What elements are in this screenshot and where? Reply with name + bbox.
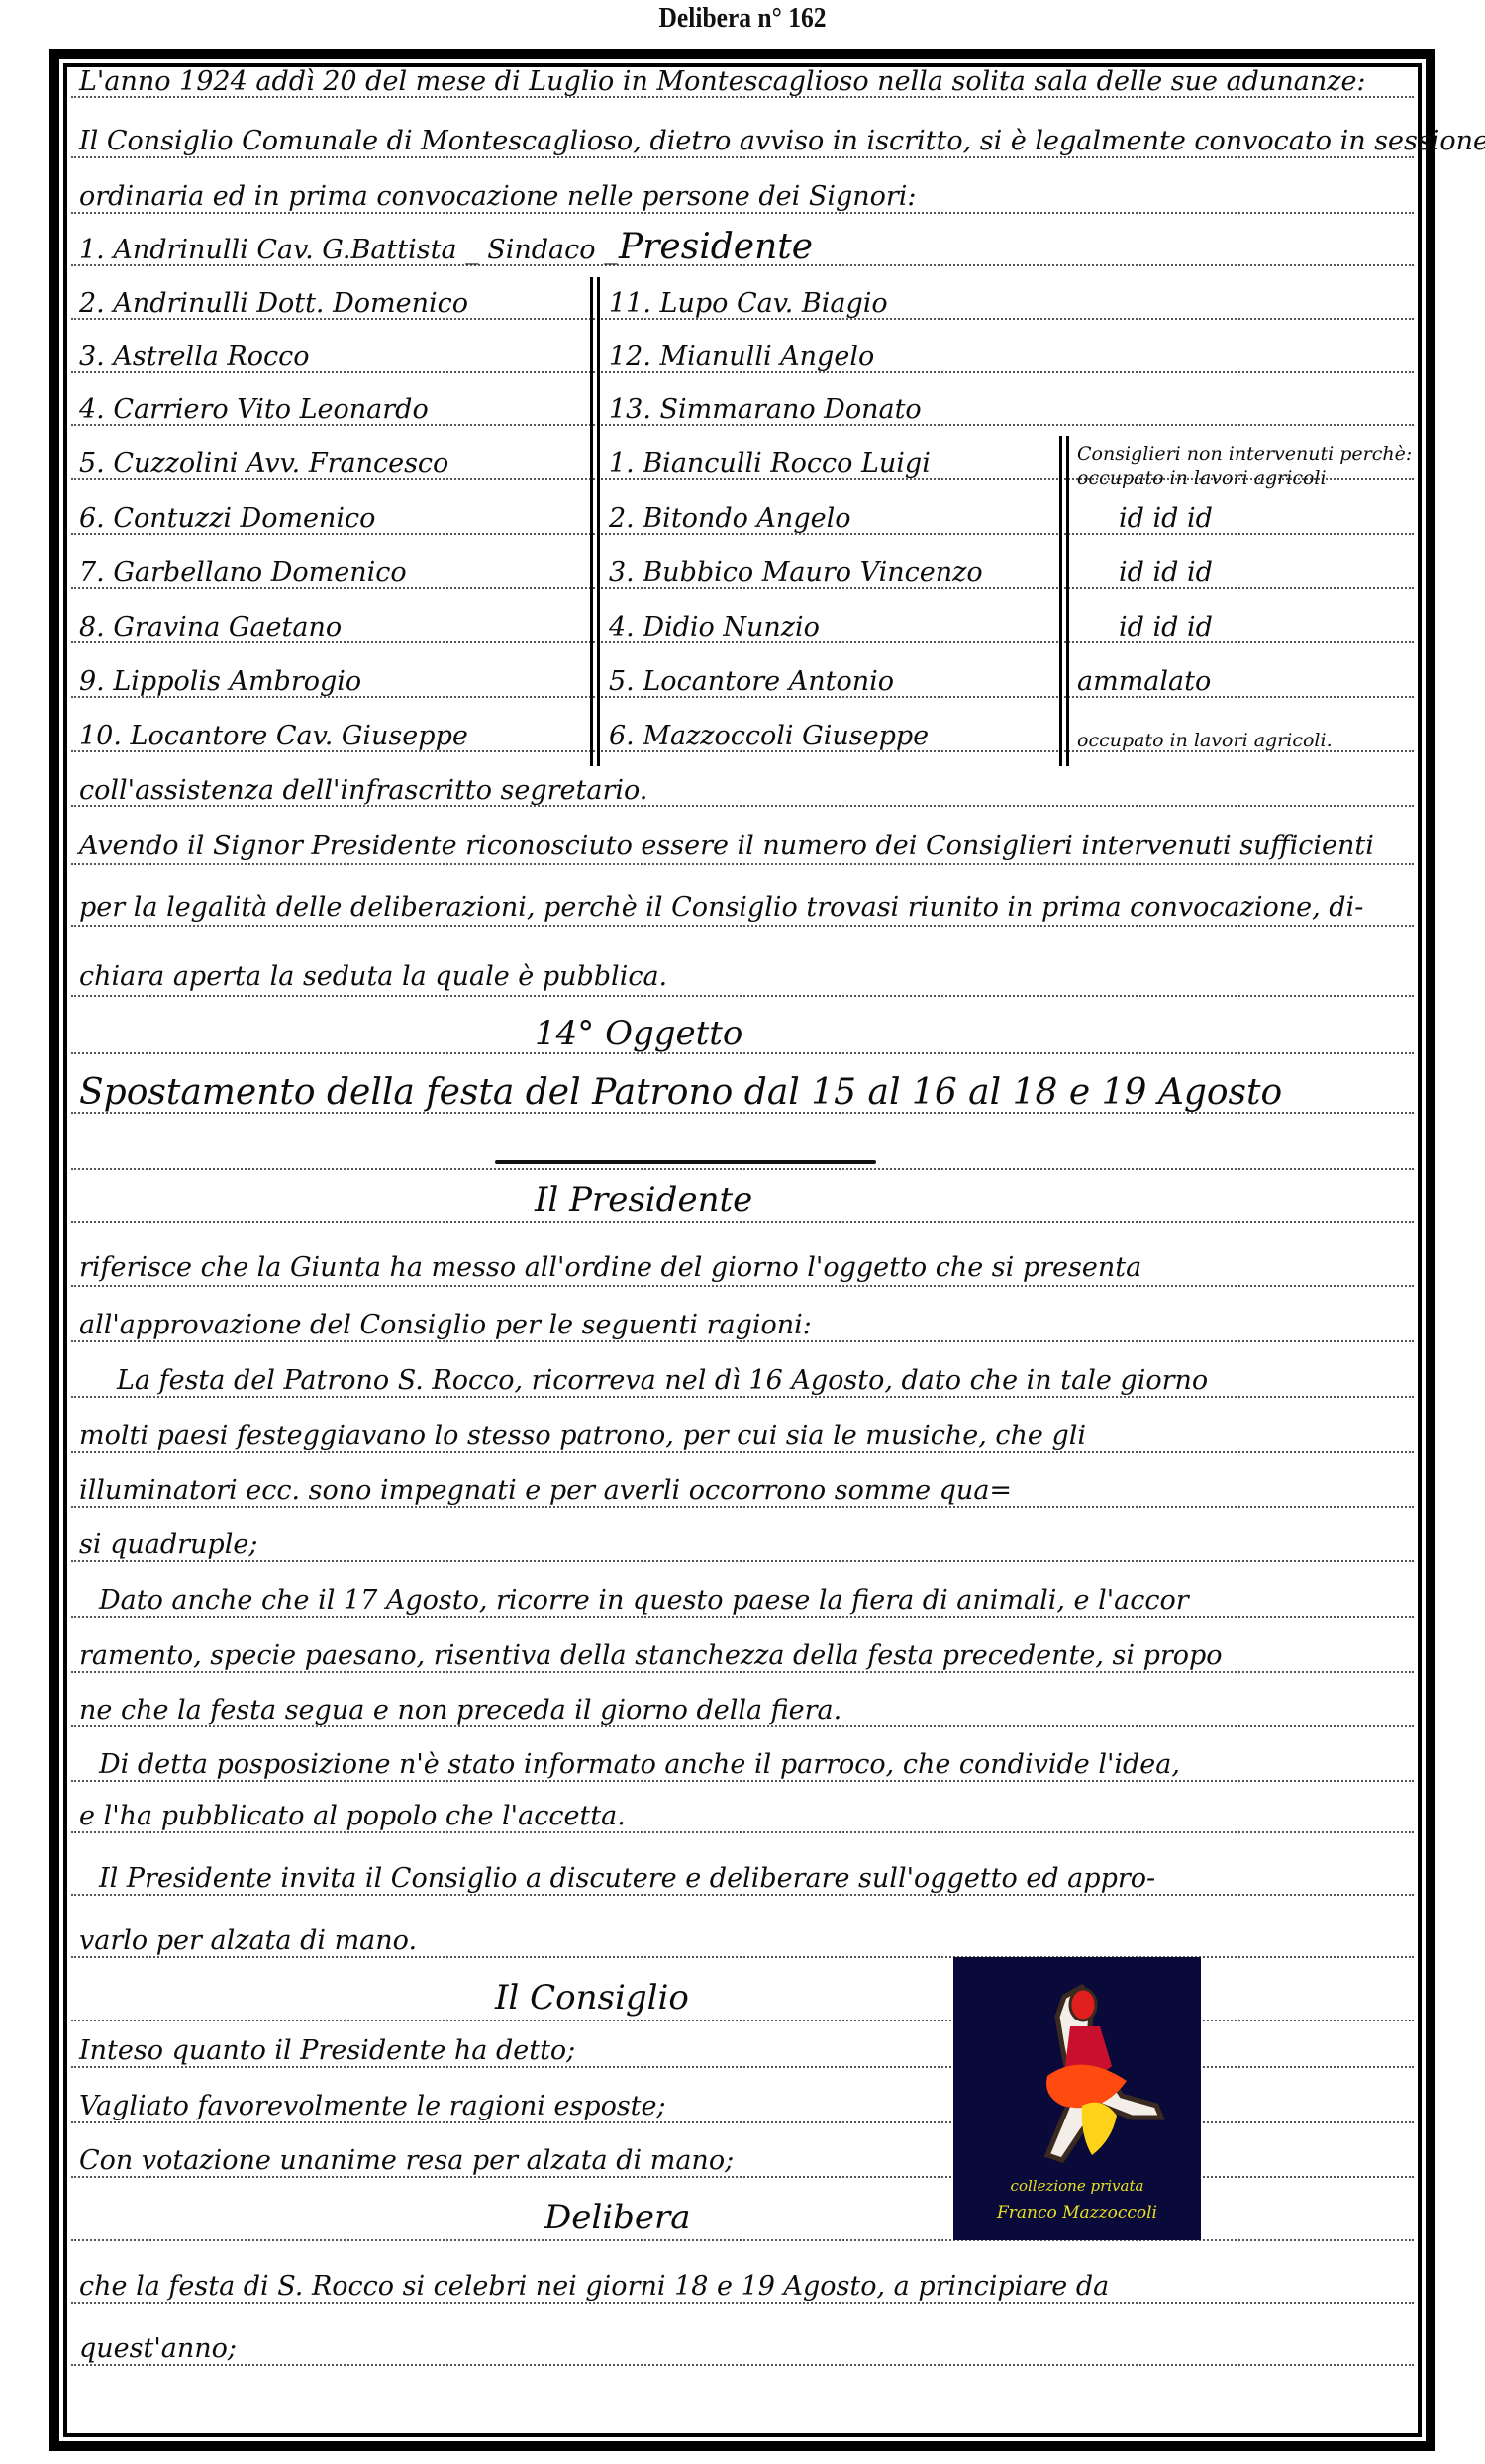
header-line-1: L'anno 1924 addì 20 del mese di Luglio i… (79, 67, 1366, 97)
ruled-line (71, 1506, 1414, 1508)
ruled-line (71, 1221, 1414, 1223)
absent-reason: id id id (1119, 504, 1213, 534)
delibera-text-line: quest'anno; (79, 2334, 237, 2364)
president-entry: 1. Andrinulli Cav. G.Battista _ Sindaco … (79, 236, 618, 265)
absent-member-row: 3. Bubbico Mauro Vincenzo (609, 558, 983, 588)
absent-member-row: 5. Locantore Antonio (609, 667, 894, 697)
absent-reason: id id id (1119, 558, 1213, 588)
president-text-line: all'approvazione del Consiglio per le se… (79, 1311, 812, 1340)
absent-member-row: 2. Bitondo Angelo (609, 504, 850, 534)
member-row: 4. Carriero Vito Leonardo (79, 395, 429, 425)
member-row: 5. Cuzzolini Avv. Francesco (79, 449, 448, 479)
ruled-line (71, 1956, 1414, 1958)
absent-reason: occupato in lavori agricoli. (1077, 730, 1333, 751)
absent-reason: id id id (1119, 613, 1213, 642)
ruled-line (71, 1831, 1414, 1833)
delibera-text-line: che la festa di S. Rocco si celebri nei … (79, 2272, 1109, 2302)
column-divider (1059, 436, 1062, 766)
president-text-line: Di detta posposizione n'è stato informat… (99, 1750, 1180, 1780)
object-number: 14° Oggetto (535, 1014, 742, 1053)
president-text-line: Dato anche che il 17 Agosto, ricorre in … (99, 1586, 1189, 1616)
president-text-line: e l'ha pubblicato al popolo che l'accett… (79, 1802, 626, 1831)
watermark-line-2: Franco Mazzoccoli (953, 2203, 1201, 2222)
member-row: 10. Locantore Cav. Giuseppe (79, 722, 468, 751)
member-row: 8. Gravina Gaetano (79, 613, 342, 642)
president-text-line: illuminatori ecc. sono impegnati e per a… (79, 1476, 1012, 1506)
header-line-2: Il Consiglio Comunale di Montescaglioso,… (79, 127, 1485, 156)
ruled-line (71, 1725, 1414, 1727)
ruled-line (71, 2302, 1414, 2304)
member-row: 11. Lupo Cav. Biagio (609, 289, 888, 319)
secretary-line: coll'assistenza dell'infrascritto segret… (79, 776, 647, 806)
column-divider (590, 277, 593, 766)
ruled-line (71, 1285, 1414, 1287)
ruled-line (71, 2121, 1414, 2123)
delibera-heading: Delibera (544, 2198, 691, 2237)
header-line-3: ordinaria ed in prima convocazione nelle… (79, 182, 917, 212)
council-heading: Il Consiglio (495, 1978, 689, 2018)
member-row: 6. Contuzzi Domenico (79, 504, 375, 534)
president-role: Presidente (619, 228, 813, 267)
member-row: 12. Mianulli Angelo (609, 343, 874, 372)
ruled-line (71, 925, 1414, 927)
document-title: Delibera n° 162 (89, 2, 1396, 42)
absent-reason: ammalato (1077, 667, 1211, 697)
member-row: 2. Andrinulli Dott. Domenico (79, 289, 468, 319)
president-text-line: riferisce che la Giunta ha messo all'ord… (79, 1253, 1141, 1283)
separator-rule (495, 1160, 876, 1164)
ruled-line (71, 1451, 1414, 1453)
ruled-line (71, 1560, 1414, 1562)
president-text-line: ramento, specie paesano, risentiva della… (79, 1641, 1223, 1671)
president-text-line: La festa del Patrono S. Rocco, ricorreva… (117, 1366, 1208, 1396)
dancer-figure-icon (953, 1957, 1201, 2175)
ruled-line (71, 2239, 1414, 2241)
object-title: Spostamento della festa del Patrono dal … (79, 1073, 1282, 1113)
absent-member-row: 1. Bianculli Rocco Luigi (609, 449, 931, 479)
president-text-line: molti paesi festeggiavano lo stesso patr… (79, 1422, 1086, 1451)
opening-line: Avendo il Signor Presidente riconosciuto… (79, 832, 1374, 861)
ruled-line (71, 1168, 1414, 1170)
council-text-line: Con votazione unanime resa per alzata di… (79, 2146, 734, 2176)
ruled-line (71, 863, 1414, 865)
president-heading: Il Presidente (535, 1180, 752, 1220)
absent-header: Consiglieri non intervenuti perchè: (1077, 444, 1412, 465)
ruled-line (71, 995, 1414, 997)
president-text-line: si quadruple; (79, 1530, 257, 1560)
ruled-line (71, 156, 1414, 158)
ruled-line (71, 2066, 1414, 2068)
column-divider (1066, 436, 1069, 766)
member-row: 7. Garbellano Domenico (79, 558, 407, 588)
column-divider (597, 277, 600, 766)
ruled-line (71, 1894, 1414, 1896)
ruled-line (71, 1396, 1414, 1398)
president-text-line: Il Presidente invita il Consiglio a disc… (99, 1864, 1155, 1894)
ruled-line (71, 2364, 1414, 2366)
ruled-line (71, 212, 1414, 214)
absent-member-row: 6. Mazzoccoli Giuseppe (609, 722, 929, 751)
opening-line: chiara aperta la seduta la quale è pubbl… (79, 962, 667, 992)
president-text-line: ne che la festa segua e non preceda il g… (79, 1696, 841, 1725)
ruled-line (71, 1671, 1414, 1673)
president-text-line: varlo per alzata di mano. (79, 1926, 417, 1956)
opening-line: per la legalità delle deliberazioni, per… (79, 893, 1363, 923)
ruled-line (71, 1340, 1414, 1342)
council-text-line: Vagliato favorevolmente le ragioni espos… (79, 2092, 666, 2121)
council-text-line: Inteso quanto il Presidente ha detto; (79, 2036, 575, 2066)
ruled-line (71, 1616, 1414, 1618)
member-row: 3. Astrella Rocco (79, 343, 309, 372)
collection-watermark: collezione privata Franco Mazzoccoli (953, 1957, 1201, 2240)
absent-member-row: 4. Didio Nunzio (609, 613, 820, 642)
member-row: 13. Simmarano Donato (609, 395, 922, 425)
ruled-line (71, 2176, 1414, 2178)
watermark-line-1: collezione privata (953, 2177, 1201, 2195)
member-row: 9. Lippolis Ambrogio (79, 667, 361, 697)
absent-reason: occupato in lavori agricoli (1077, 467, 1327, 489)
ruled-line (71, 2020, 1414, 2021)
ruled-line (71, 1780, 1414, 1782)
